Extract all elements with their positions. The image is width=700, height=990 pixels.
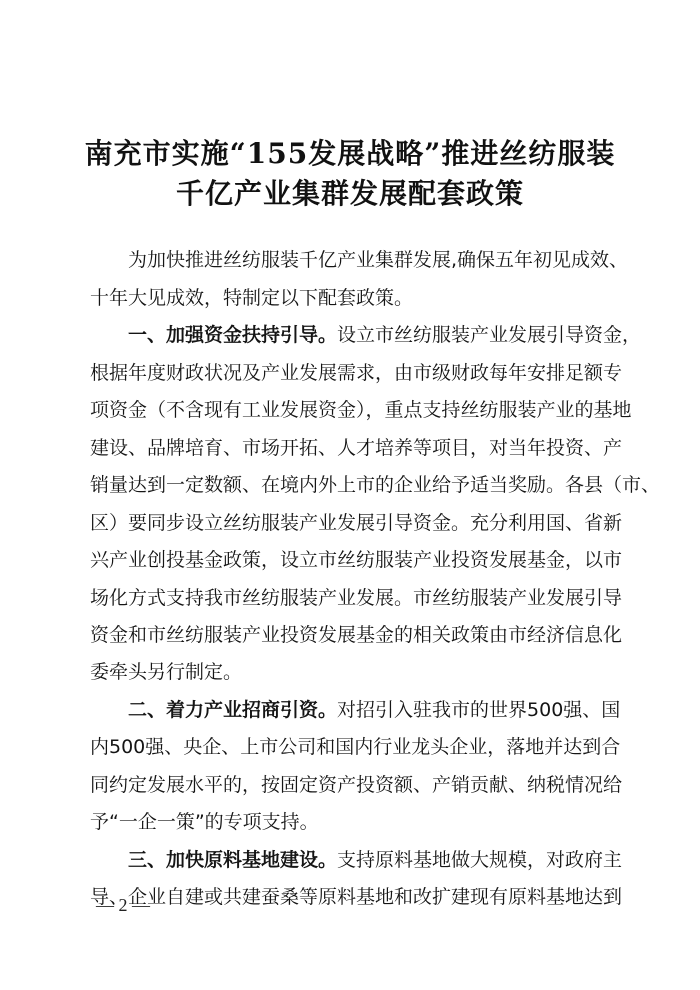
section-3-line: 导、企业自建或共建蚕桑等原料基地和改扩建现有原料基地达到 <box>90 885 614 909</box>
section-2-line: 同约定发展水平的，按固定资产投资额、产销贡献、纳税情况给 <box>90 773 614 797</box>
section-1-line: 销量达到一定数额、在境内外上市的企业给予适当奖励。各县（市、 <box>90 473 614 497</box>
section-1-first-line: 一、加强资金扶持引导。设立市丝纺服装产业发展引导资金， <box>128 323 614 347</box>
section-3-first-line-text: 支持原料基地做大规模，对政府主 <box>337 849 622 871</box>
document-title-line-1: 南充市实施“155发展战略”推进丝纺服装 <box>0 132 700 172</box>
section-1-line: 区）要同步设立丝纺服装产业发展引导资金。充分利用国、省新 <box>90 511 614 535</box>
section-2-first-line: 二、着力产业招商引资。对招引入驻我市的世界500强、国 <box>128 698 614 722</box>
section-1-line: 建设、品牌培育、市场开拓、人才培养等项目，对当年投资、产 <box>90 436 614 460</box>
section-3-first-line: 三、加快原料基地建设。支持原料基地做大规模，对政府主 <box>128 848 614 872</box>
section-1-line: 兴产业创投基金政策，设立市丝纺服装产业投资发展基金，以市 <box>90 548 614 572</box>
section-1-line: 委牵头另行制定。 <box>90 660 614 684</box>
section-2-line: 予“一企一策”的专项支持。 <box>90 810 614 834</box>
page-number: — 2 — <box>96 895 150 916</box>
document-title-line-2: 千亿产业集群发展配套政策 <box>0 172 700 212</box>
section-2-heading: 二、着力产业招商引资。 <box>128 699 337 721</box>
section-3-heading: 三、加快原料基地建设。 <box>128 849 337 871</box>
section-2-first-line-text: 对招引入驻我市的世界500强、国 <box>337 699 620 721</box>
intro-line-1: 为加快推进丝纺服装千亿产业集群发展,确保五年初见成效、 <box>128 248 614 272</box>
section-1-first-line-text: 设立市丝纺服装产业发展引导资金， <box>337 324 641 346</box>
section-1-line: 场化方式支持我市丝纺服装产业发展。市丝纺服装产业发展引导 <box>90 586 614 610</box>
document-page: 南充市实施“155发展战略”推进丝纺服装 千亿产业集群发展配套政策 为加快推进丝… <box>0 0 700 990</box>
section-1-heading: 一、加强资金扶持引导。 <box>128 324 337 346</box>
section-1-line: 项资金（不含现有工业发展资金），重点支持丝纺服装产业的基地 <box>90 398 614 422</box>
section-1-line: 资金和市丝纺服装产业投资发展基金的相关政策由市经济信息化 <box>90 623 614 647</box>
section-1-line: 根据年度财政状况及产业发展需求，由市级财政每年安排足额专 <box>90 361 614 385</box>
intro-line-2: 十年大见成效，特制定以下配套政策。 <box>90 286 614 310</box>
section-2-line: 内500强、央企、上市公司和国内行业龙头企业，落地并达到合 <box>90 735 614 759</box>
